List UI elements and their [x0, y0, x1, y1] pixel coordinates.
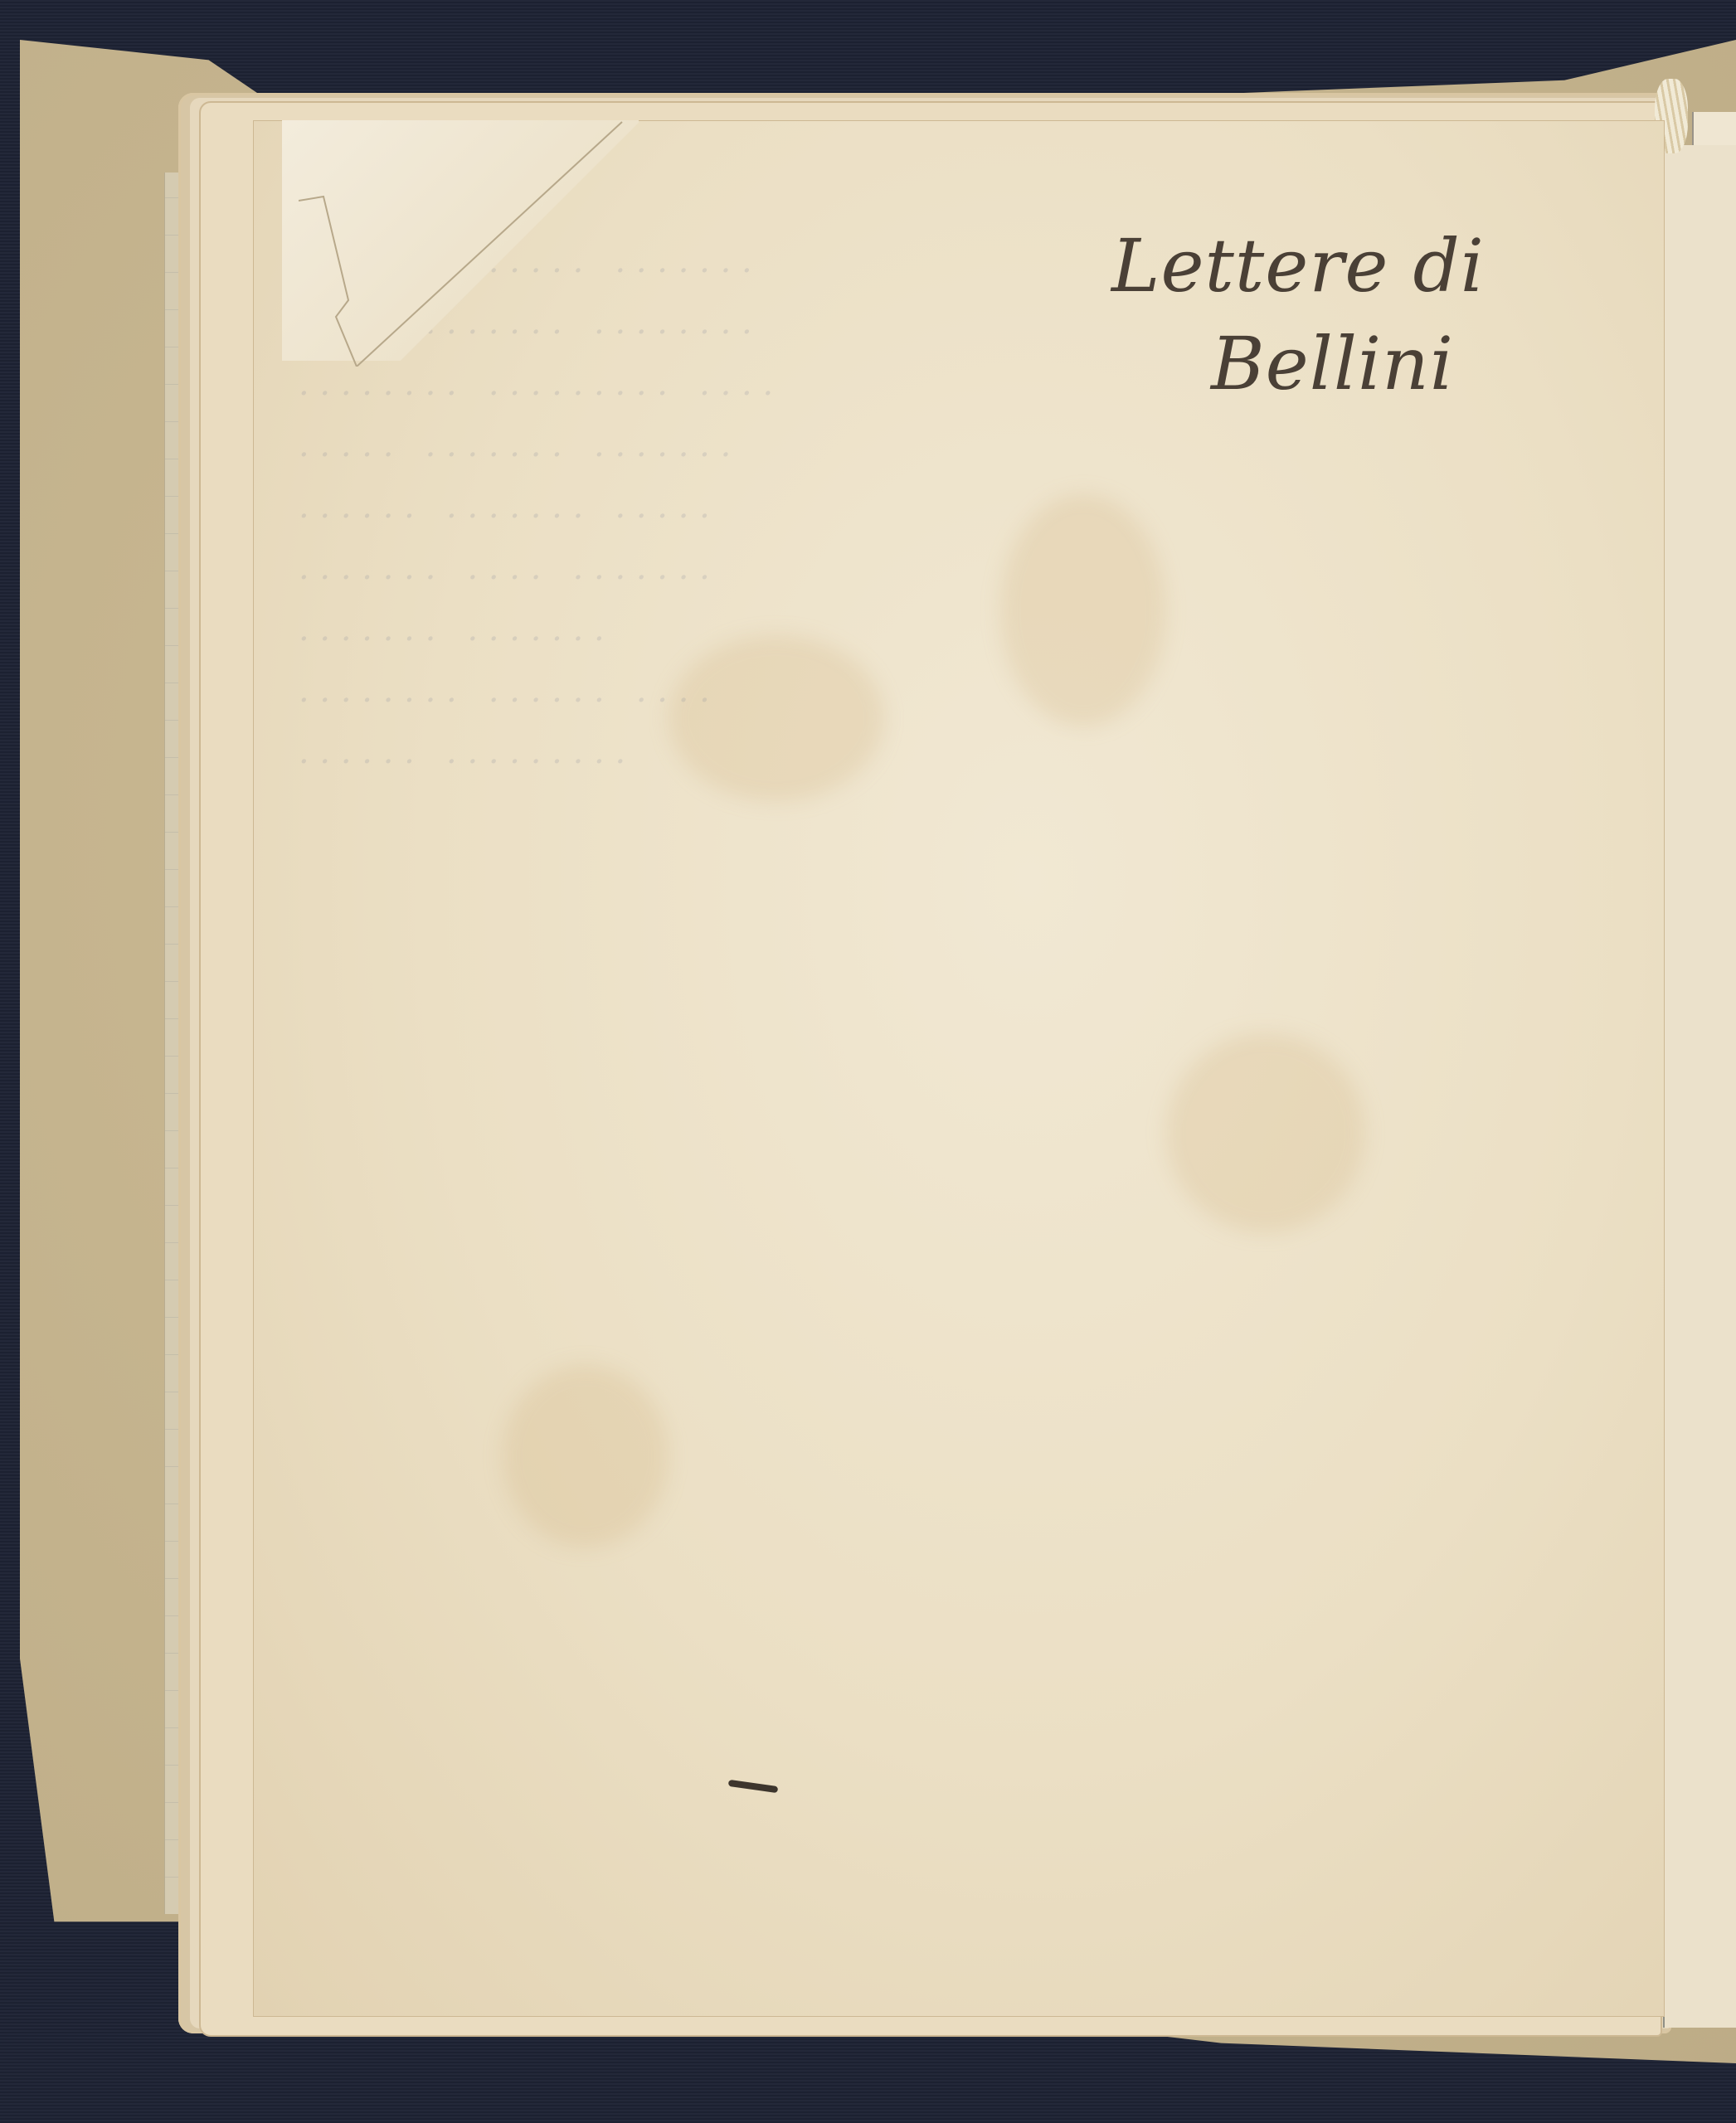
title-line-1: Lettere di — [1111, 217, 1485, 315]
folded-corner-edge — [299, 118, 655, 367]
title-line-2: Bellini — [1111, 315, 1485, 413]
adjacent-sheet — [1663, 145, 1736, 2028]
title-inscription: Lettere di Bellini — [1111, 217, 1485, 413]
